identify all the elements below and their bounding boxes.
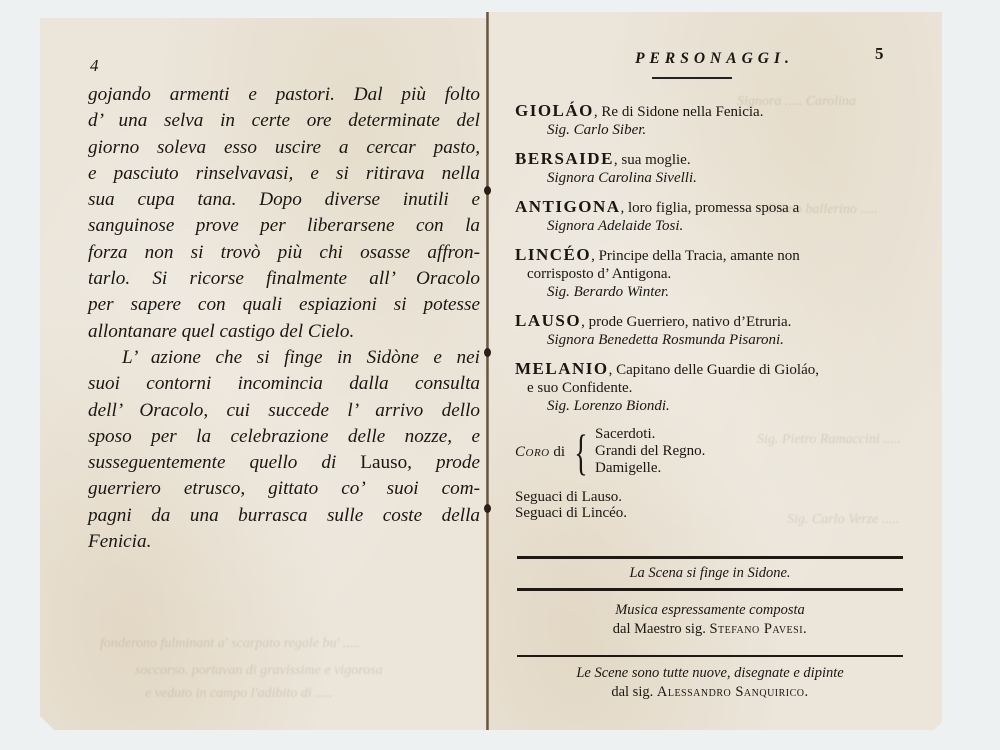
performer-name: Sig. Lorenzo Biondi. (515, 397, 915, 415)
text-line: sua cupa tana. Dopo diverse inutili e (88, 187, 480, 213)
composer-name: Stefano Pavesi. (709, 621, 807, 637)
character-name: LAUSO (515, 311, 581, 330)
text-line: allontanare quel castigo del Cielo. (88, 319, 480, 345)
character-description: , prode Guerriero, nativo d’Etruria. (581, 314, 791, 330)
divider-rule (517, 655, 903, 657)
character-description: , loro figlia, promessa sposa a (621, 200, 800, 216)
open-book: fonderono fulminant a' scarpato regale b… (40, 12, 942, 730)
bleed-through-text: soccorso. portavan di gravissime e vigor… (135, 663, 383, 679)
text-line: guerriero etrusco, gittato co’ suoi com- (88, 476, 480, 502)
cast-entry: GIOLÁO, Re di Sidone nella Fenicia. Sig.… (515, 102, 915, 139)
character-description-continued: corrisposto d’ Antigona. (515, 265, 915, 283)
cast-list: GIOLÁO, Re di Sidone nella Fenicia. Sig.… (515, 102, 915, 521)
followers-list: Seguaci di Lauso. Seguaci di Lincéo. (515, 489, 915, 521)
divider-rule (517, 588, 903, 591)
text-line: e pasciuto rinselvavasi, e si ritirava n… (88, 161, 480, 187)
bleed-through-text: e veduto in campo l'adibito di ..... (145, 686, 333, 702)
right-page: Signora ..... Carolina Primo ballerino .… (487, 12, 942, 730)
chorus-label-di: di (550, 444, 565, 460)
character-name: ANTIGONA (515, 197, 621, 216)
text-fragment: dal sig. (611, 684, 657, 700)
divider-rule (517, 556, 903, 559)
text-line: gojando armenti e pastori. Dal più folto (88, 82, 480, 108)
text-line: sposo per la celebrazione delle nozze, e (88, 424, 480, 450)
cast-entry: ANTIGONA, loro figlia, promessa sposa a … (515, 198, 915, 235)
text-line: L’ azione che si finge in Sidòne e nei (88, 345, 480, 371)
curly-brace-icon: { (574, 427, 587, 477)
cast-entry: LINCÉO, Principe della Tracia, amante no… (515, 246, 915, 301)
character-description: , sua moglie. (614, 152, 691, 168)
followers-item: Seguaci di Lauso. (515, 489, 915, 505)
music-credit-line: dal Maestro sig. Stefano Pavesi. (517, 620, 903, 639)
scene-note: La Scena si finge in Sidone. (517, 564, 903, 583)
text-fragment: , prode (407, 452, 480, 473)
character-name: LINCÉO (515, 245, 591, 264)
performer-name: Sig. Berardo Winter. (515, 283, 915, 301)
character-name: BERSAIDE (515, 149, 614, 168)
chorus-group: Coro di { Sacerdoti. Grandi del Regno. D… (515, 426, 915, 477)
text-line: tarlo. Si ricorse finalmente all’ Oracol… (88, 266, 480, 292)
text-line: Fenicia. (88, 529, 480, 555)
scenery-credit-line: dal sig. Alessandro Sanquirico. (517, 683, 903, 702)
text-line: sanguinose prove per liberarsene con la (88, 213, 480, 239)
followers-item: Seguaci di Lincéo. (515, 505, 915, 521)
text-line: per sapere con quali espiazioni si potes… (88, 292, 480, 318)
character-name: MELANIO (515, 359, 609, 378)
character-description-continued: e suo Confidente. (515, 379, 915, 397)
bleed-through-text: fonderono fulminant a' scarpato regale b… (100, 636, 360, 652)
character-description: , Principe della Tracia, amante non (591, 248, 800, 264)
text-line: dell’ Oracolo, cui succede l’ arrivo del… (88, 398, 480, 424)
cast-entry: BERSAIDE, sua moglie. Signora Carolina S… (515, 150, 915, 187)
character-name: GIOLÁO (515, 101, 594, 120)
text-line: suoi contorni incomincia dalla consulta (88, 371, 480, 397)
music-credit: Musica espressamente composta dal Maestr… (517, 601, 903, 639)
scenery-credit: Le Scene sono tutte nuove, disegnate e d… (517, 664, 903, 702)
chorus-label-word: Coro (515, 444, 550, 460)
cast-entry: LAUSO, prode Guerriero, nativo d’Etruria… (515, 312, 915, 349)
chorus-label: Coro di (515, 443, 575, 461)
performer-name: Signora Adelaide Tosi. (515, 217, 915, 235)
binding-stitch-icon (484, 186, 491, 195)
character-name: Lauso (360, 452, 407, 473)
character-description: , Capitano delle Guardie di Gioláo, (609, 362, 819, 378)
chorus-member: Damigelle. (595, 460, 705, 477)
text-line: d’ una selva in certe ore determinate de… (88, 108, 480, 134)
book-spine (486, 12, 489, 730)
performer-name: Signora Benedetta Rosmunda Pisaroni. (515, 331, 915, 349)
text-fragment: susseguentemente quello di (88, 452, 360, 473)
binding-stitch-icon (484, 348, 491, 357)
character-description: , Re di Sidone nella Fenicia. (594, 104, 764, 120)
narrative-text: gojando armenti e pastori. Dal più folto… (88, 82, 480, 555)
binding-stitch-icon (484, 504, 491, 513)
chorus-members: Sacerdoti. Grandi del Regno. Damigelle. (595, 426, 705, 477)
page-number: 4 (90, 56, 99, 76)
text-line: susseguentemente quello di Lauso, prode (88, 450, 480, 476)
performer-name: Signora Carolina Sivelli. (515, 169, 915, 187)
page-heading: PERSONAGGI. (487, 50, 942, 68)
performer-name: Sig. Carlo Siber. (515, 121, 915, 139)
heading-rule (652, 77, 732, 79)
paragraph-2: L’ azione che si finge in Sidòne e nei s… (88, 345, 480, 555)
chorus-member: Grandi del Regno. (595, 443, 705, 460)
chorus-member: Sacerdoti. (595, 426, 705, 443)
text-line: giorno soleva esso uscire a cercar pasto… (88, 135, 480, 161)
designer-name: Alessandro Sanquirico. (657, 684, 809, 700)
page-number: 5 (875, 44, 884, 64)
scenery-credit-line: Le Scene sono tutte nuove, disegnate e d… (517, 664, 903, 683)
text-line: pagni da una burrasca sulle coste della (88, 503, 480, 529)
left-page: fonderono fulminant a' scarpato regale b… (40, 18, 487, 730)
paragraph-1: gojando armenti e pastori. Dal più folto… (88, 82, 480, 345)
text-line: forza non si trovò più chi osasse affron… (88, 240, 480, 266)
music-credit-line: Musica espressamente composta (517, 601, 903, 620)
cast-entry: MELANIO, Capitano delle Guardie di Giolá… (515, 360, 915, 415)
text-fragment: dal Maestro sig. (613, 621, 710, 637)
